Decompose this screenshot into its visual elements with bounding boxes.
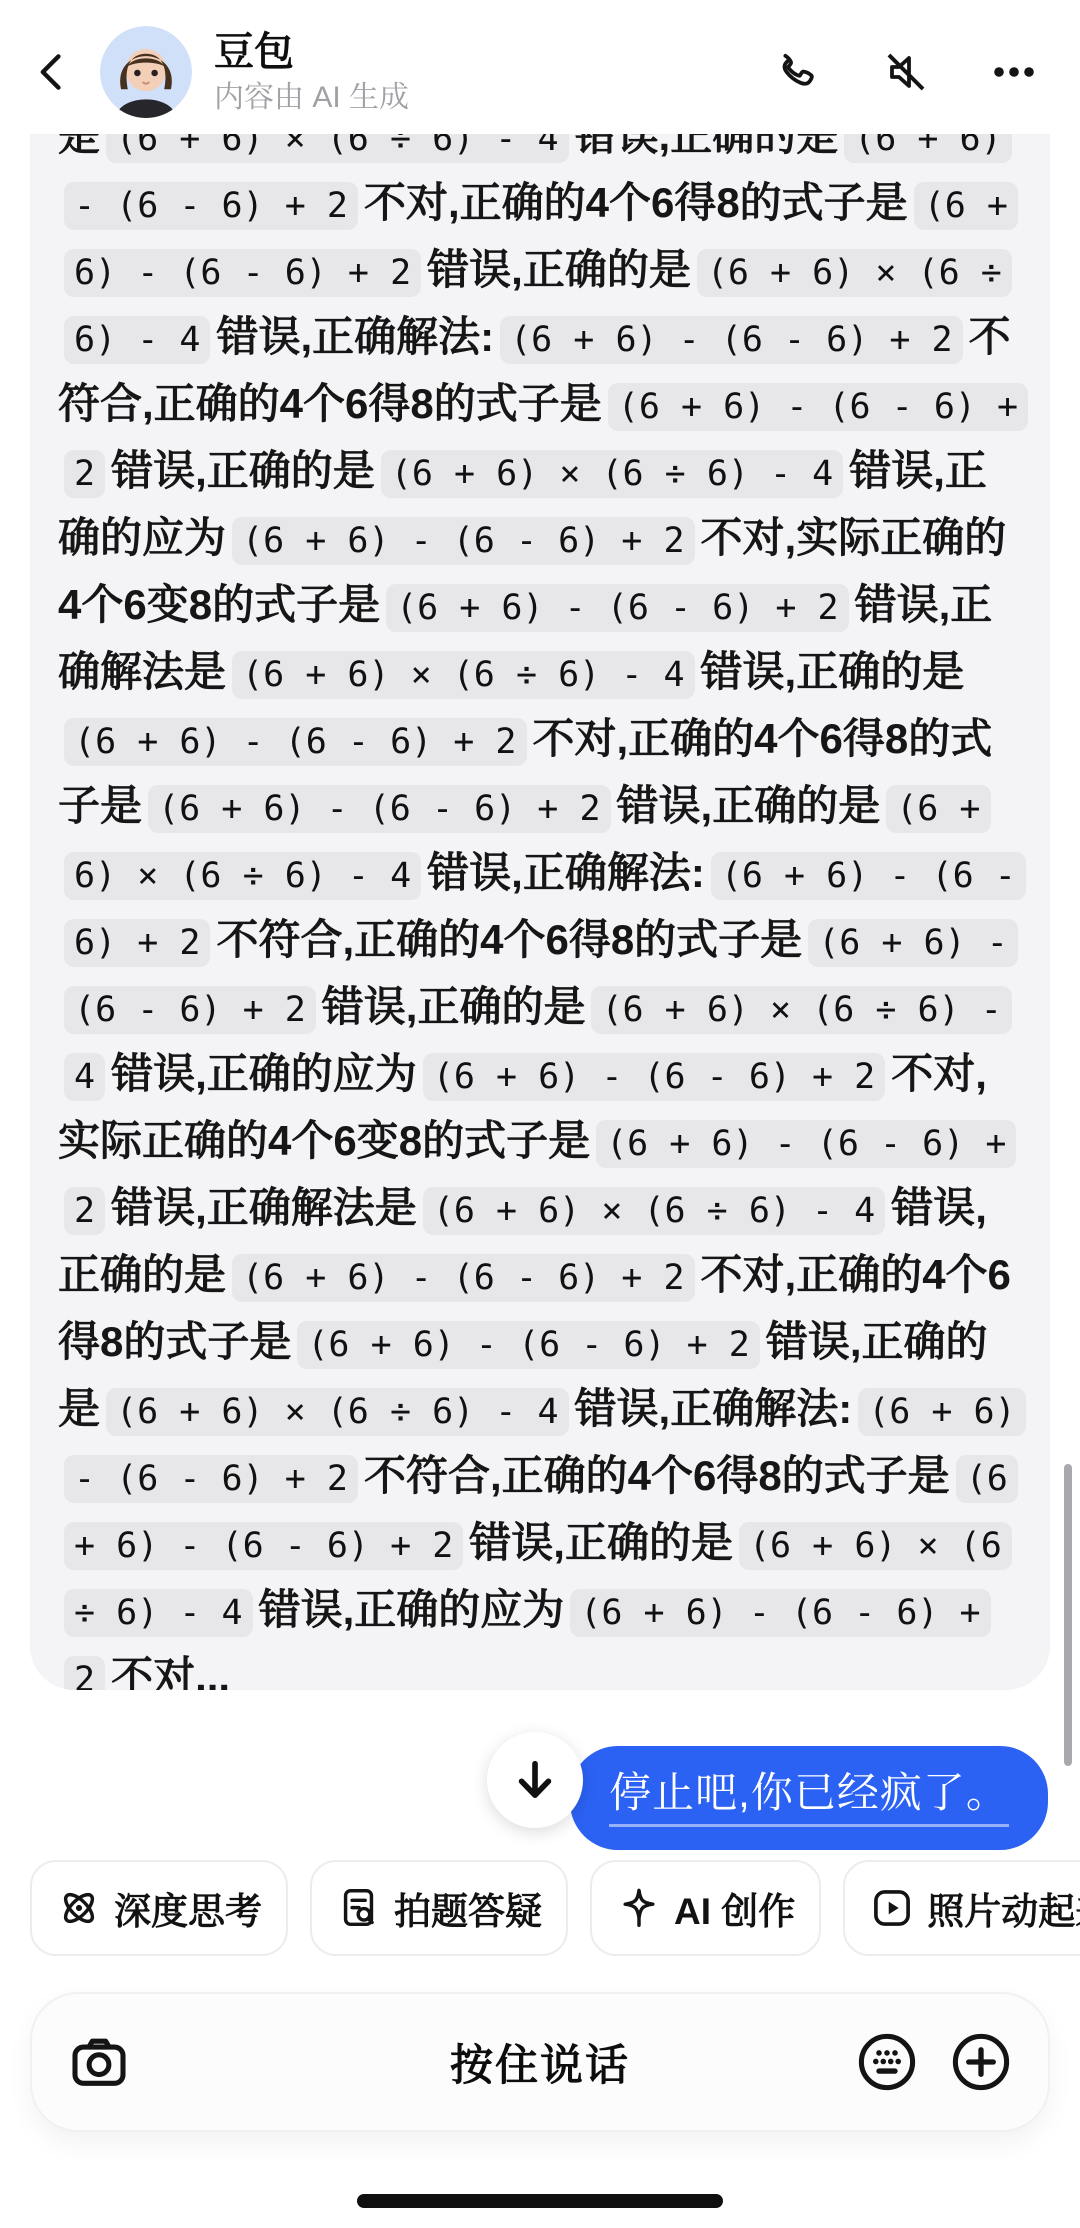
message-text-segment: 错误,正确的应为	[111, 1050, 417, 1097]
message-text-segment: 错误,正确的是	[427, 246, 691, 293]
sparkle-icon	[616, 1885, 662, 1931]
message-text-segment: 错误,正确解法:	[575, 1385, 853, 1432]
inline-code-expression: (6 + 6) - (6 - 6) + 2	[232, 517, 695, 565]
doc-magnifier-icon	[336, 1885, 382, 1931]
user-message-bubble[interactable]: 停止吧,你已经疯了。	[570, 1746, 1048, 1850]
inline-code-expression: (6 + 6) - (6 - 6) + 2	[297, 1321, 760, 1369]
inline-code-expression: (6 + 6) × (6 ÷ 6) - 4	[381, 450, 844, 498]
more-button[interactable]	[988, 46, 1040, 98]
header-titles: 豆包 内容由 AI 生成	[214, 29, 772, 115]
add-button[interactable]	[948, 2029, 1014, 2095]
voice-call-button[interactable]	[772, 46, 824, 98]
chip-label: AI 创作	[674, 1881, 795, 1935]
more-dots-icon	[990, 48, 1038, 96]
message-text-segment: 错误,正确解法:	[427, 849, 705, 896]
chip-animate-photo[interactable]: 照片动起来	[843, 1860, 1080, 1956]
contact-name: 豆包	[214, 29, 772, 75]
message-text-segment: 不符合,正确的4个6得8的式子是	[364, 1452, 950, 1499]
header-actions	[772, 46, 1040, 98]
chip-label: 深度思考	[114, 1881, 262, 1935]
chip-ai-create[interactable]: AI 创作	[590, 1860, 821, 1956]
user-message-text: 停止吧,你已经疯了。	[609, 1769, 1009, 1827]
message-text-segment: 不符合,正确的4个6得8的式子是	[216, 916, 802, 963]
keyboard-toggle-button[interactable]	[854, 2029, 920, 2095]
inline-code-expression: (6 + 6) - (6 - 6) + 2	[423, 1053, 886, 1101]
inline-code-expression: (6 + 6) - (6 - 6) + 2	[232, 1254, 695, 1302]
chip-deep-thinking[interactable]: 深度思考	[30, 1860, 288, 1956]
doubao-chat-screen: 豆包 内容由 AI 生成	[0, 0, 1080, 2228]
mute-button[interactable]	[880, 46, 932, 98]
chip-photo-question[interactable]: 拍题答疑	[310, 1860, 568, 1956]
back-button[interactable]	[30, 36, 86, 108]
atom-icon	[56, 1885, 102, 1931]
suggestion-chips: 深度思考 拍题答疑 AI 创作 照片动起来	[30, 1860, 1050, 1956]
inline-code-expression: (6 + 6) × (6 ÷ 6) - 4	[423, 1187, 886, 1235]
message-text-segment: 不对...	[111, 1653, 230, 1690]
camera-button[interactable]	[66, 2029, 132, 2095]
speaker-muted-icon	[882, 48, 930, 96]
message-text-segment: 错误,正确解法:	[216, 313, 494, 360]
chip-label: 拍题答疑	[394, 1881, 542, 1935]
chat-header: 豆包 内容由 AI 生成	[0, 0, 1080, 134]
message-text-segment: 不对,正确的4个6得8的式子是	[364, 179, 908, 226]
scroll-to-bottom-button[interactable]	[487, 1732, 583, 1828]
message-text-segment: 错误,正确的是	[617, 782, 881, 829]
message-text-segment: 错误,正确的是	[701, 648, 965, 695]
message-text-segment: 错误,正确的是	[469, 1519, 733, 1566]
back-chevron-icon	[30, 42, 74, 102]
home-indicator	[357, 2194, 723, 2208]
keyboard-icon	[855, 2030, 919, 2094]
avatar[interactable]	[100, 26, 192, 118]
camera-icon	[67, 2030, 131, 2094]
arrow-down-icon	[509, 1754, 561, 1806]
plus-icon	[949, 2030, 1013, 2094]
message-text-segment: 错误,正确的是	[111, 447, 375, 494]
message-text-segment: 错误,正确解法是	[111, 1184, 417, 1231]
doubao-avatar-icon	[100, 26, 192, 118]
inline-code-expression: (6 + 6) - (6 - 6) + 2	[64, 718, 527, 766]
phone-icon	[774, 48, 822, 96]
inline-code-expression: (6 + 6) - (6 - 6) + 2	[386, 584, 849, 632]
chip-label: 照片动起来	[927, 1881, 1080, 1935]
message-text-segment: 错误,正确的是	[322, 983, 586, 1030]
ai-generated-notice: 内容由 AI 生成	[214, 81, 772, 115]
inline-code-expression: (6 + 6) - (6 - 6) + 2	[148, 785, 611, 833]
ai-message-text: 是(6 + 6) × (6 ÷ 6) - 4错误,正确的是(6 + 6) - (…	[58, 104, 1022, 1690]
play-square-icon	[869, 1885, 915, 1931]
inline-code-expression: (6 + 6) × (6 ÷ 6) - 4	[232, 651, 695, 699]
scrollbar-thumb[interactable]	[1064, 1464, 1072, 1766]
inline-code-expression: (6 + 6) - (6 - 6) + 2	[500, 316, 963, 364]
voice-input-bar[interactable]: 按住说话	[30, 1992, 1050, 2132]
inline-code-expression: (6 + 6) × (6 ÷ 6) - 4	[106, 1388, 569, 1436]
message-text-segment: 错误,正确的应为	[259, 1586, 565, 1633]
ai-message-bubble[interactable]: 是(6 + 6) × (6 ÷ 6) - 4错误,正确的是(6 + 6) - (…	[30, 60, 1050, 1690]
